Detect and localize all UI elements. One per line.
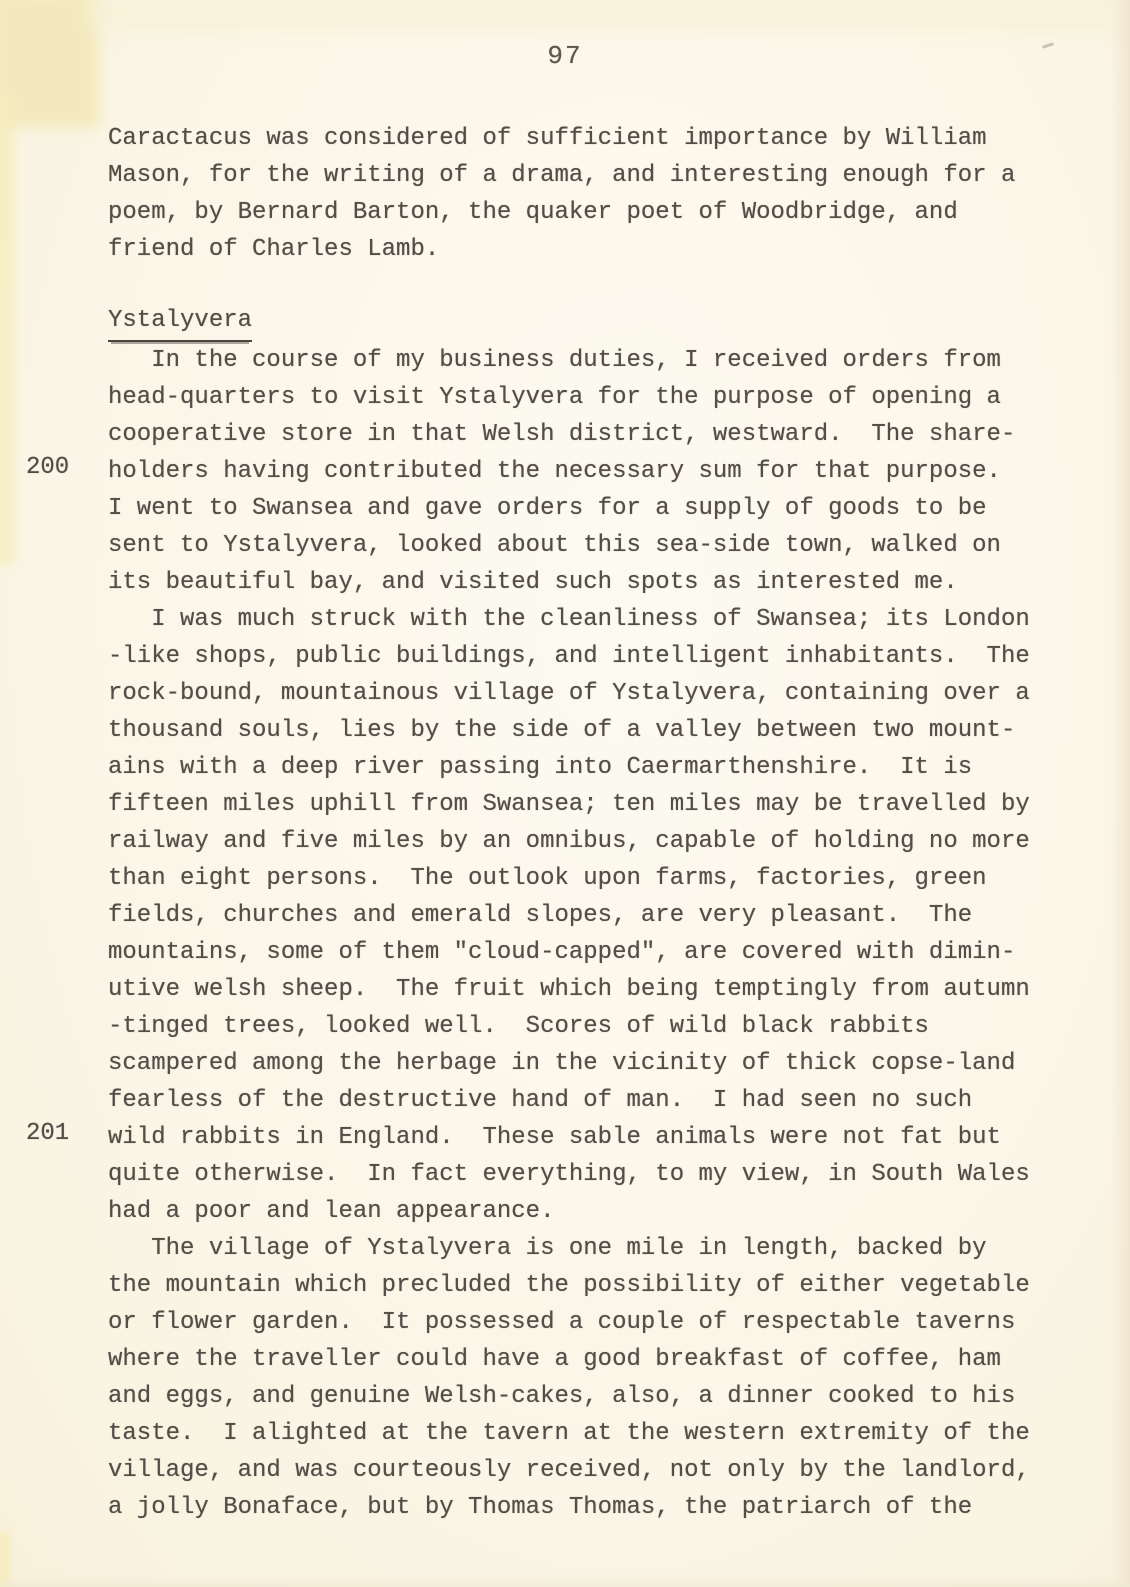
text-line: mountains, some of them "cloud-capped", … [108,934,1068,971]
text-line: Mason, for the writing of a drama, and i… [108,157,1068,194]
text-line: cooperative store in that Welsh district… [108,416,1068,453]
section-heading-text: Ystalyvera [108,302,252,342]
text-line: railway and five miles by an omnibus, ca… [108,823,1068,860]
margin-note-201: 201 [26,1115,69,1152]
paper-stain-top-edge [90,0,1130,32]
scan-edge-bottom [0,1575,1130,1587]
text-line: rock-bound, mountainous village of Ystal… [108,675,1068,712]
text-line: wild rabbits in England. These sable ani… [108,1119,1068,1156]
paragraph-swansea-impressions: I was much struck with the cleanliness o… [108,601,1068,1230]
text-line: the mountain which precluded the possibi… [108,1267,1068,1304]
paragraph-caractacus: Caractacus was considered of sufficient … [108,120,1068,268]
text-line: fearless of the destructive hand of man.… [108,1082,1068,1119]
text-line: -tinged trees, looked well. Scores of wi… [108,1008,1068,1045]
text-line: ains with a deep river passing into Caer… [108,749,1068,786]
text-line: fields, churches and emerald slopes, are… [108,897,1068,934]
paragraph-village-description: The village of Ystalyvera is one mile in… [108,1230,1068,1526]
text-line: and eggs, and genuine Welsh-cakes, also,… [108,1378,1068,1415]
text-line: thousand souls, lies by the side of a va… [108,712,1068,749]
text-line: friend of Charles Lamb. [108,231,1068,268]
section-heading: Ystalyvera [108,302,1068,342]
text-line: I went to Swansea and gave orders for a … [108,490,1068,527]
scan-edge-right [1110,0,1130,1587]
text-line: holders having contributed the necessary… [108,453,1068,490]
text-line: village, and was courteously received, n… [108,1452,1068,1489]
text-line: scampered among the herbage in the vicin… [108,1045,1068,1082]
text-line: had a poor and lean appearance. [108,1193,1068,1230]
text-line: I was much struck with the cleanliness o… [108,601,1068,638]
text-line: than eight persons. The outlook upon far… [108,860,1068,897]
text-line: fifteen miles uphill from Swansea; ten m… [108,786,1068,823]
text-line: taste. I alighted at the tavern at the w… [108,1415,1068,1452]
paragraph-business-duties: In the course of my business duties, I r… [108,342,1068,601]
scanned-page: 97 200 201 Caractacus was considered of … [0,0,1130,1587]
text-line: where the traveller could have a good br… [108,1341,1068,1378]
text-line: quite otherwise. In fact everything, to … [108,1156,1068,1193]
text-line: Caractacus was considered of sufficient … [108,120,1068,157]
text-line: The village of Ystalyvera is one mile in… [108,1230,1068,1267]
text-line: its beautiful bay, and visited such spot… [108,564,1068,601]
text-line: poem, by Bernard Barton, the quaker poet… [108,194,1068,231]
paper-stain-left-edge [0,95,14,565]
text-line: a jolly Bonaface, but by Thomas Thomas, … [108,1489,1068,1526]
text-line: sent to Ystalyvera, looked about this se… [108,527,1068,564]
text-line: In the course of my business duties, I r… [108,342,1068,379]
page-number: 97 [0,40,1130,72]
text-line: utive welsh sheep. The fruit which being… [108,971,1068,1008]
text-line: head-quarters to visit Ystalyvera for th… [108,379,1068,416]
margin-note-200: 200 [26,449,69,486]
typewritten-body: Caractacus was considered of sufficient … [108,120,1068,1526]
text-line: or flower garden. It possessed a couple … [108,1304,1068,1341]
text-line: -like shops, public buildings, and intel… [108,638,1068,675]
